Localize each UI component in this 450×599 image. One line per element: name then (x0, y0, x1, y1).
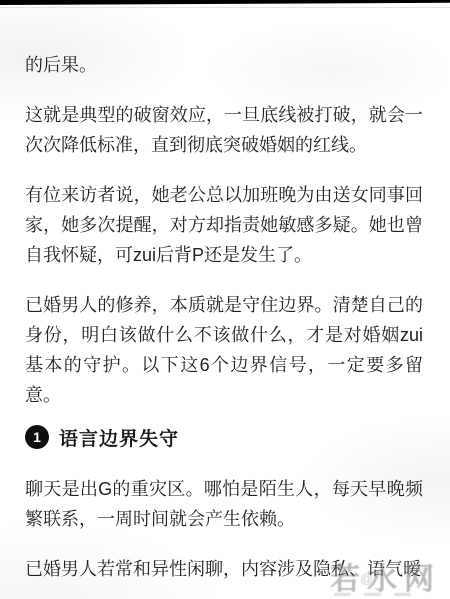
paragraph: 的后果。 (25, 50, 423, 80)
section-number-badge: 1 (25, 425, 49, 449)
section-heading: 1 语言边界失守 (25, 424, 423, 450)
letterbox-top-bar (0, 0, 450, 5)
top-hairline-divider (0, 7, 450, 8)
article-page: 的后果。 这就是典型的破窗效应，一旦底线被打破，就会一次次降低标准，直到彻底突破… (0, 0, 450, 599)
paragraph: 聊天是出G的重灾区。哪怕是陌生人，每天早晚频繁联系，一周时间就会产生依赖。 (25, 474, 423, 534)
badge-number: 1 (33, 429, 41, 445)
section-heading-text: 语言边界失守 (59, 424, 179, 451)
paragraph: 已婚男人若常和异性闲聊，内容涉及隐私、语气暧 (25, 554, 423, 584)
paragraph: 有位来访者说，她老公总以加班晚为由送女同事回家，她多次提醒，对方却指责她敏感多疑… (25, 180, 423, 270)
article-content: 的后果。 这就是典型的破窗效应，一旦底线被打破，就会一次次降低标准，直到彻底突破… (25, 50, 423, 599)
paragraph: 这就是典型的破窗效应，一旦底线被打破，就会一次次降低标准，直到彻底突破婚姻的红线… (25, 100, 423, 160)
paragraph: 已婚男人的修养，本质就是守住边界。清楚自己的身份，明白该做什么不该做什么，才是对… (25, 290, 423, 410)
